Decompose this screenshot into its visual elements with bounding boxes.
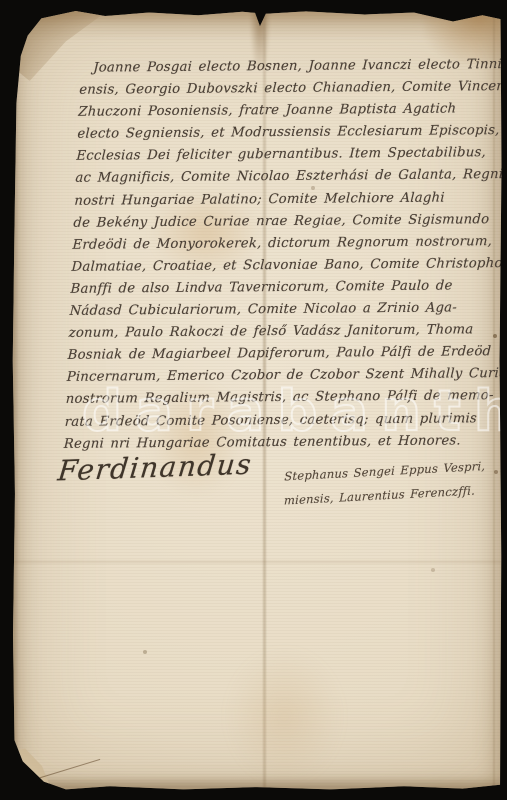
tear-seam-top-center <box>250 9 270 69</box>
manuscript-text: Joanne Posgai electo Bosnen, Joanne Ivan… <box>63 54 490 455</box>
scanned-document-photo: Joanne Posgai electo Bosnen, Joanne Ivan… <box>0 0 507 800</box>
manuscript-line: nostrorum Regalium Magistris, ac Stephan… <box>65 386 476 412</box>
stain-top-edge <box>12 9 502 39</box>
manuscript-line: Bosniak de Magiarbeel Dapiferorum, Paulo… <box>67 341 478 367</box>
folded-corner-bottom-left <box>12 739 112 791</box>
edge-shadow-left <box>12 9 19 791</box>
manuscript-line: Nádasd Cubiculariorum, Comite Nicolao a … <box>69 297 480 323</box>
manuscript-line: Banffi de also Lindva Tavernicorum, Comi… <box>70 275 481 301</box>
manuscript-line: ensis, Georgio Dubovszki electo Chianadi… <box>79 76 490 102</box>
manuscript-line: ac Magnificis, Comite Nicolao Eszterhási… <box>75 165 486 191</box>
manuscript-line: Erdeödi de Monyorokerek, dictorum Regnor… <box>72 231 483 257</box>
edge-shadow-bottom <box>12 776 502 791</box>
manuscript-line: Dalmatiae, Croatiae, et Sclavoniae Bano,… <box>71 253 482 279</box>
manuscript-line: nostri Hungariae Palatino; Comite Melchi… <box>74 187 485 213</box>
paper-specks <box>12 9 14 11</box>
stain-middle-lower <box>150 381 242 497</box>
stain-bottom-center <box>227 649 342 784</box>
manuscript-line: Pincernarum, Emerico Czobor de Czobor Sz… <box>66 364 477 390</box>
manuscript-line: Zhuczoni Posoniensis, fratre Joanne Bapt… <box>78 98 489 124</box>
vertical-fold-crease <box>263 9 266 791</box>
edge-fold-right <box>493 9 495 791</box>
manuscript-line: Joanne Posgai electo Bosnen, Joanne Ivan… <box>80 54 491 80</box>
horizontal-fold-crease <box>12 561 502 563</box>
secretary-line: miensis, Laurentius Ferenczffi. <box>284 478 494 513</box>
manuscript-line: Regni nri Hungariae Comitatus tenentibus… <box>63 430 474 456</box>
secretary-line: Stephanus Sengei Eppus Vespri, <box>284 453 494 488</box>
torn-corner-top-left <box>12 9 110 81</box>
manuscript-line: de Bekény Judice Curiae nrae Regiae, Com… <box>73 209 484 235</box>
manuscript-line: zonum, Paulo Rakoczi de felső Vadász Jan… <box>68 319 479 345</box>
royal-signature: Ferdinandus <box>56 448 254 488</box>
manuscript-line: Ecclesias Dei feliciter gubernantibus. I… <box>76 143 487 169</box>
manuscript-line: rata Erdeöd Comite Posoniense, caeterisq… <box>64 408 475 434</box>
stain-middle-upper <box>150 191 262 275</box>
secretary-attestation: Stephanus Sengei Eppus Vespri, miensis, … <box>284 453 495 512</box>
corner-crease-line <box>18 759 101 785</box>
darabanth-watermark: darabanth <box>82 381 507 445</box>
manuscript-line: electo Segniensis, et Modrussiensis Eccl… <box>77 120 488 146</box>
manuscript-paper: Joanne Posgai electo Bosnen, Joanne Ivan… <box>12 9 502 791</box>
stain-top-right <box>424 9 502 63</box>
